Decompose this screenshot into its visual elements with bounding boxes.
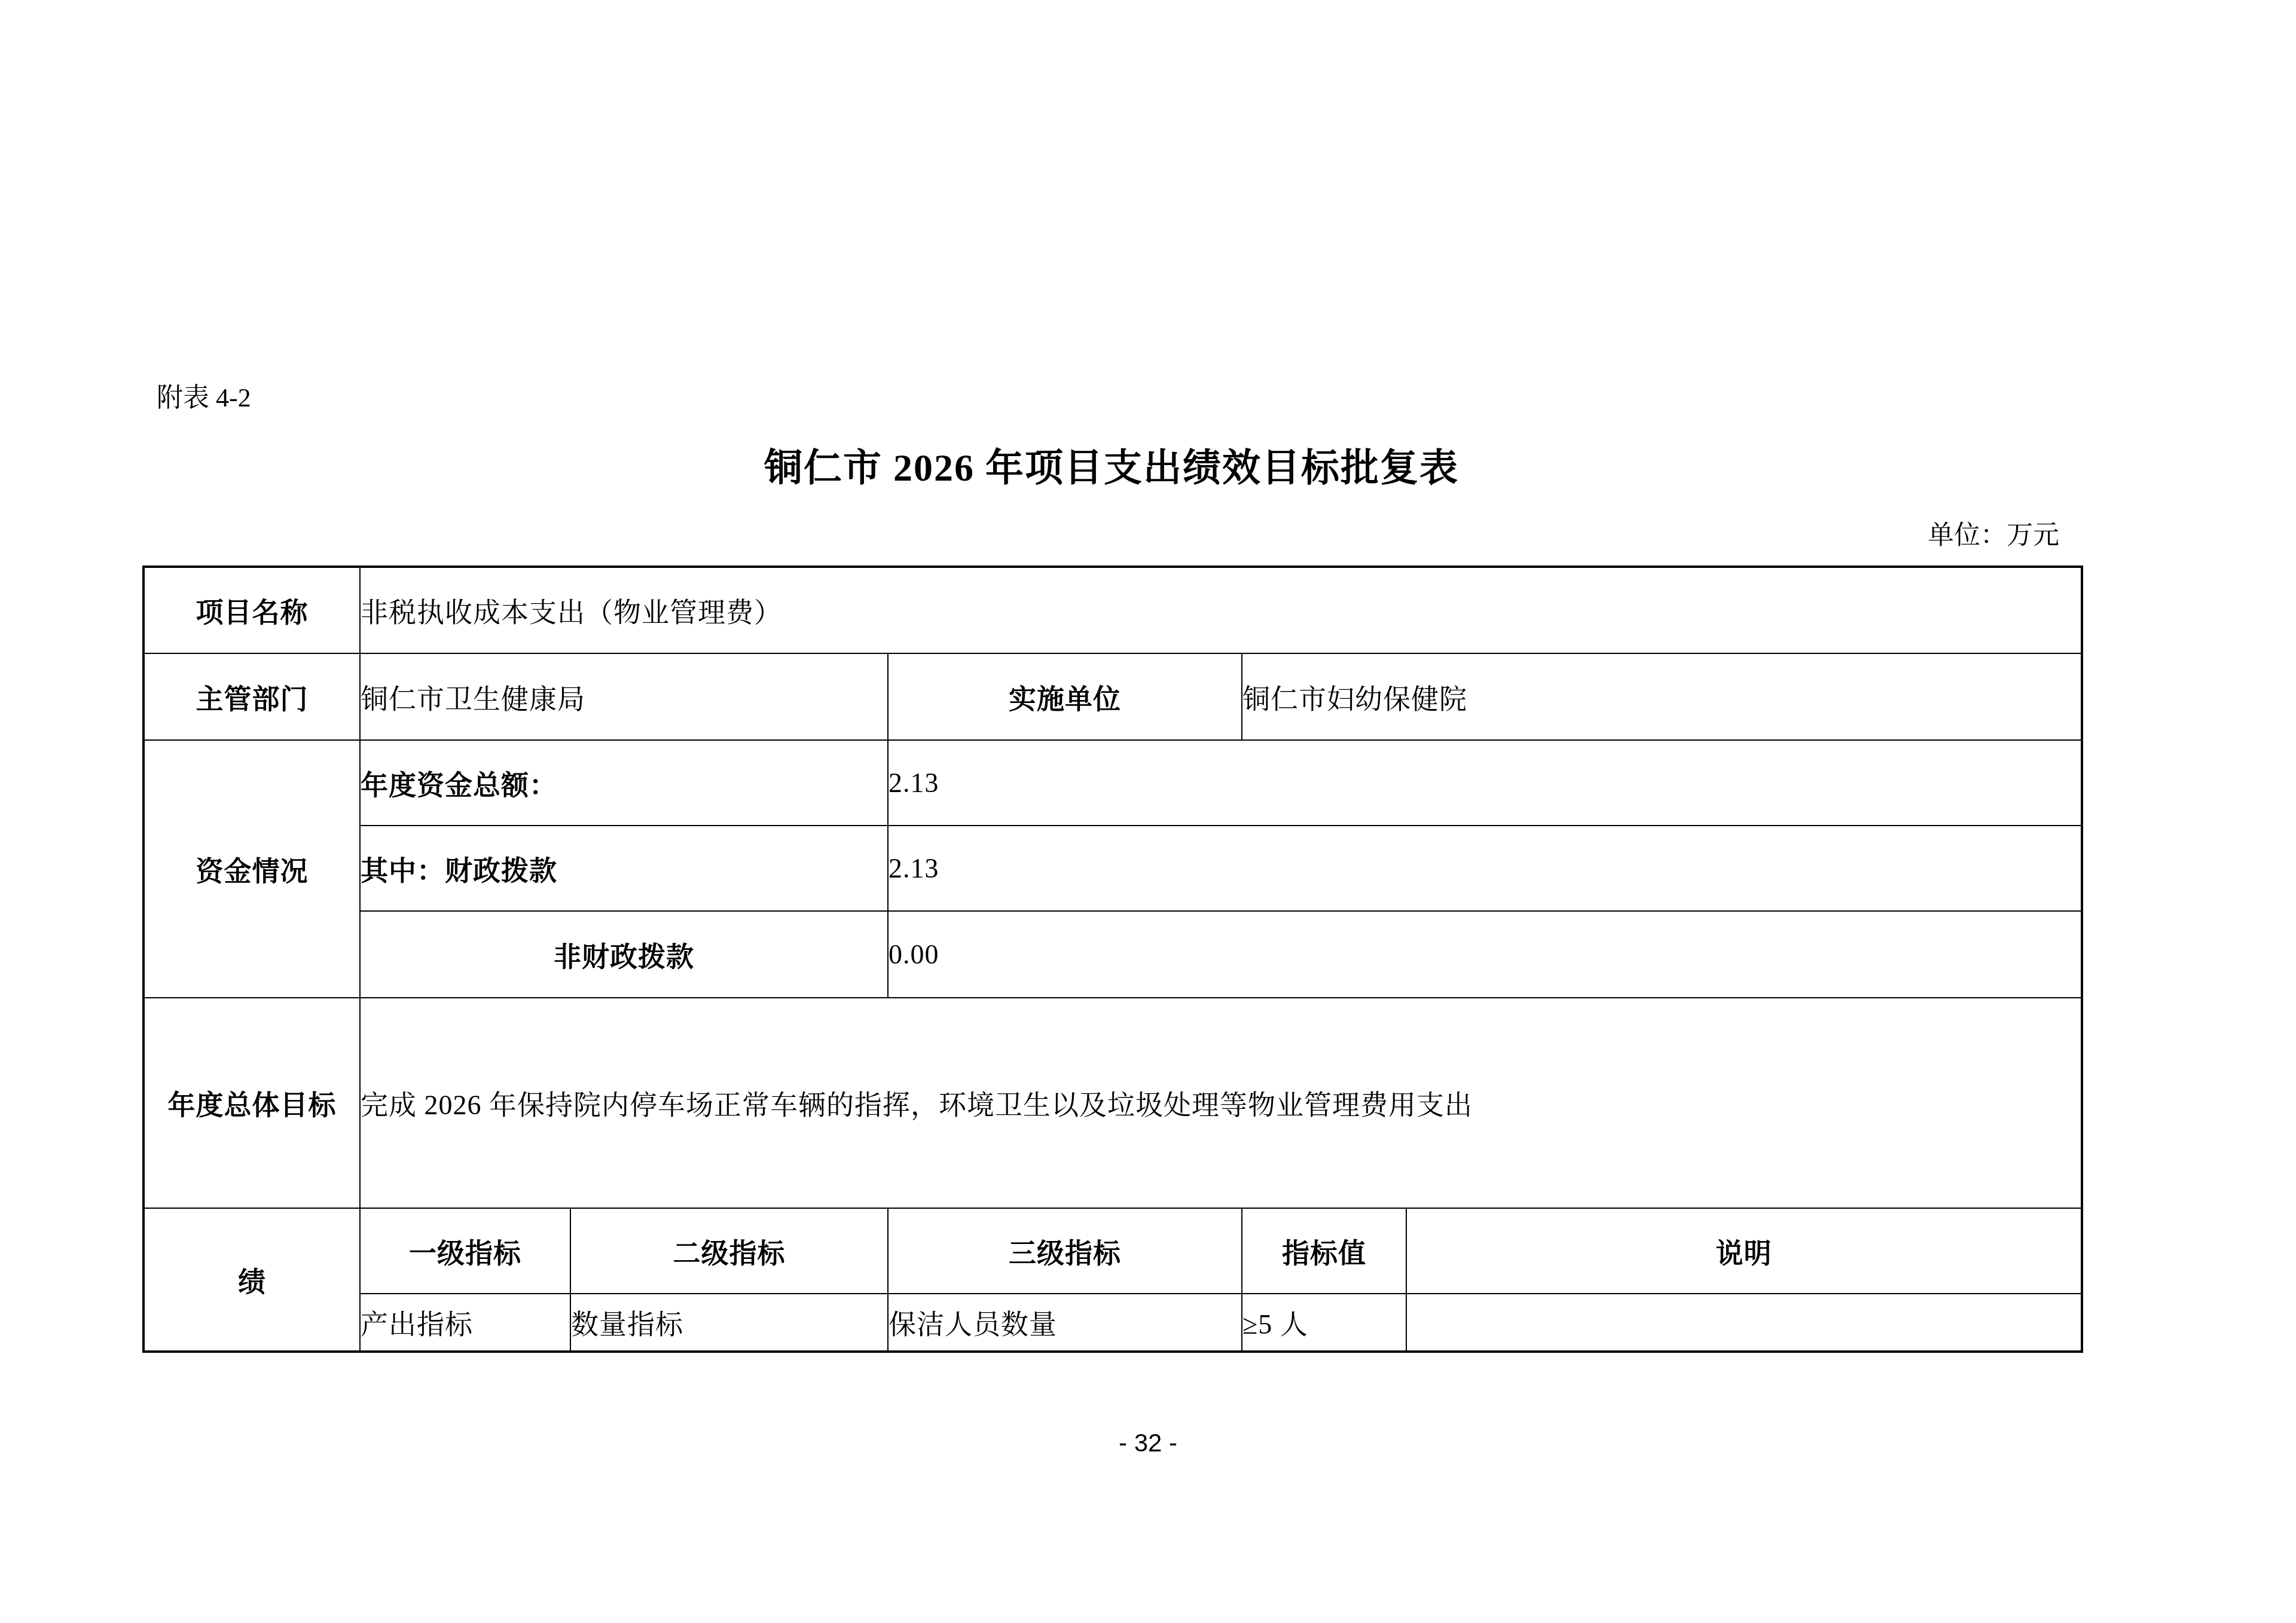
attachment-label: 附表 4-2	[157, 381, 251, 415]
table-row: 项目名称 非税执收成本支出（物业管理费）	[143, 567, 2082, 653]
indicator-level2-cell: 数量指标	[570, 1294, 888, 1352]
funding-nonfiscal-label: 非财政拨款	[360, 911, 888, 998]
funding-fiscal-value: 2.13	[888, 826, 2082, 911]
funding-section-label: 资金情况	[143, 740, 360, 998]
header-level2-indicator: 二级指标	[570, 1208, 888, 1294]
funding-fiscal-label: 其中：财政拨款	[360, 826, 888, 911]
table-row: 绩 一级指标 二级指标 三级指标 指标值 说明	[143, 1208, 2082, 1294]
annual-goal-value: 完成 2026 年保持院内停车场正常车辆的指挥，环境卫生以及垃圾处理等物业管理费…	[360, 998, 2082, 1208]
project-name-label: 项目名称	[143, 567, 360, 653]
page-title: 铜仁市 2026 年项目支出绩效目标批复表	[142, 445, 2081, 491]
department-value: 铜仁市卫生健康局	[360, 653, 888, 740]
funding-total-label: 年度资金总额：	[360, 740, 888, 826]
implementing-unit-label: 实施单位	[888, 653, 1242, 740]
header-level1-indicator: 一级指标	[360, 1208, 570, 1294]
performance-section-label: 绩	[143, 1208, 360, 1352]
annual-goal-label: 年度总体目标	[143, 998, 360, 1208]
implementing-unit-value: 铜仁市妇幼保健院	[1242, 653, 2082, 740]
performance-target-table: 项目名称 非税执收成本支出（物业管理费） 主管部门 铜仁市卫生健康局 实施单位 …	[142, 566, 2083, 1353]
indicator-description-cell	[1406, 1294, 2082, 1352]
table-row: 主管部门 铜仁市卫生健康局 实施单位 铜仁市妇幼保健院	[143, 653, 2082, 740]
table-row: 产出指标 数量指标 保洁人员数量 ≥5 人	[143, 1294, 2082, 1352]
header-level3-indicator: 三级指标	[888, 1208, 1242, 1294]
funding-nonfiscal-value: 0.00	[888, 911, 2082, 998]
unit-note: 单位：万元	[142, 519, 2081, 552]
indicator-level1-cell: 产出指标	[360, 1294, 570, 1352]
page-number: - 32 -	[0, 1429, 2296, 1457]
table-row: 资金情况 年度资金总额： 2.13	[143, 740, 2082, 826]
indicator-value-cell: ≥5 人	[1242, 1294, 1406, 1352]
header-description: 说明	[1406, 1208, 2082, 1294]
table-row: 非财政拨款 0.00	[143, 911, 2082, 998]
table-row: 年度总体目标 完成 2026 年保持院内停车场正常车辆的指挥，环境卫生以及垃圾处…	[143, 998, 2082, 1208]
table-row: 其中：财政拨款 2.13	[143, 826, 2082, 911]
header-indicator-value: 指标值	[1242, 1208, 1406, 1294]
document-page: 附表 4-2 铜仁市 2026 年项目支出绩效目标批复表 单位：万元 项目名称 …	[0, 0, 2296, 1623]
project-name-value: 非税执收成本支出（物业管理费）	[360, 567, 2082, 653]
funding-total-value: 2.13	[888, 740, 2082, 826]
indicator-level3-cell: 保洁人员数量	[888, 1294, 1242, 1352]
department-label: 主管部门	[143, 653, 360, 740]
